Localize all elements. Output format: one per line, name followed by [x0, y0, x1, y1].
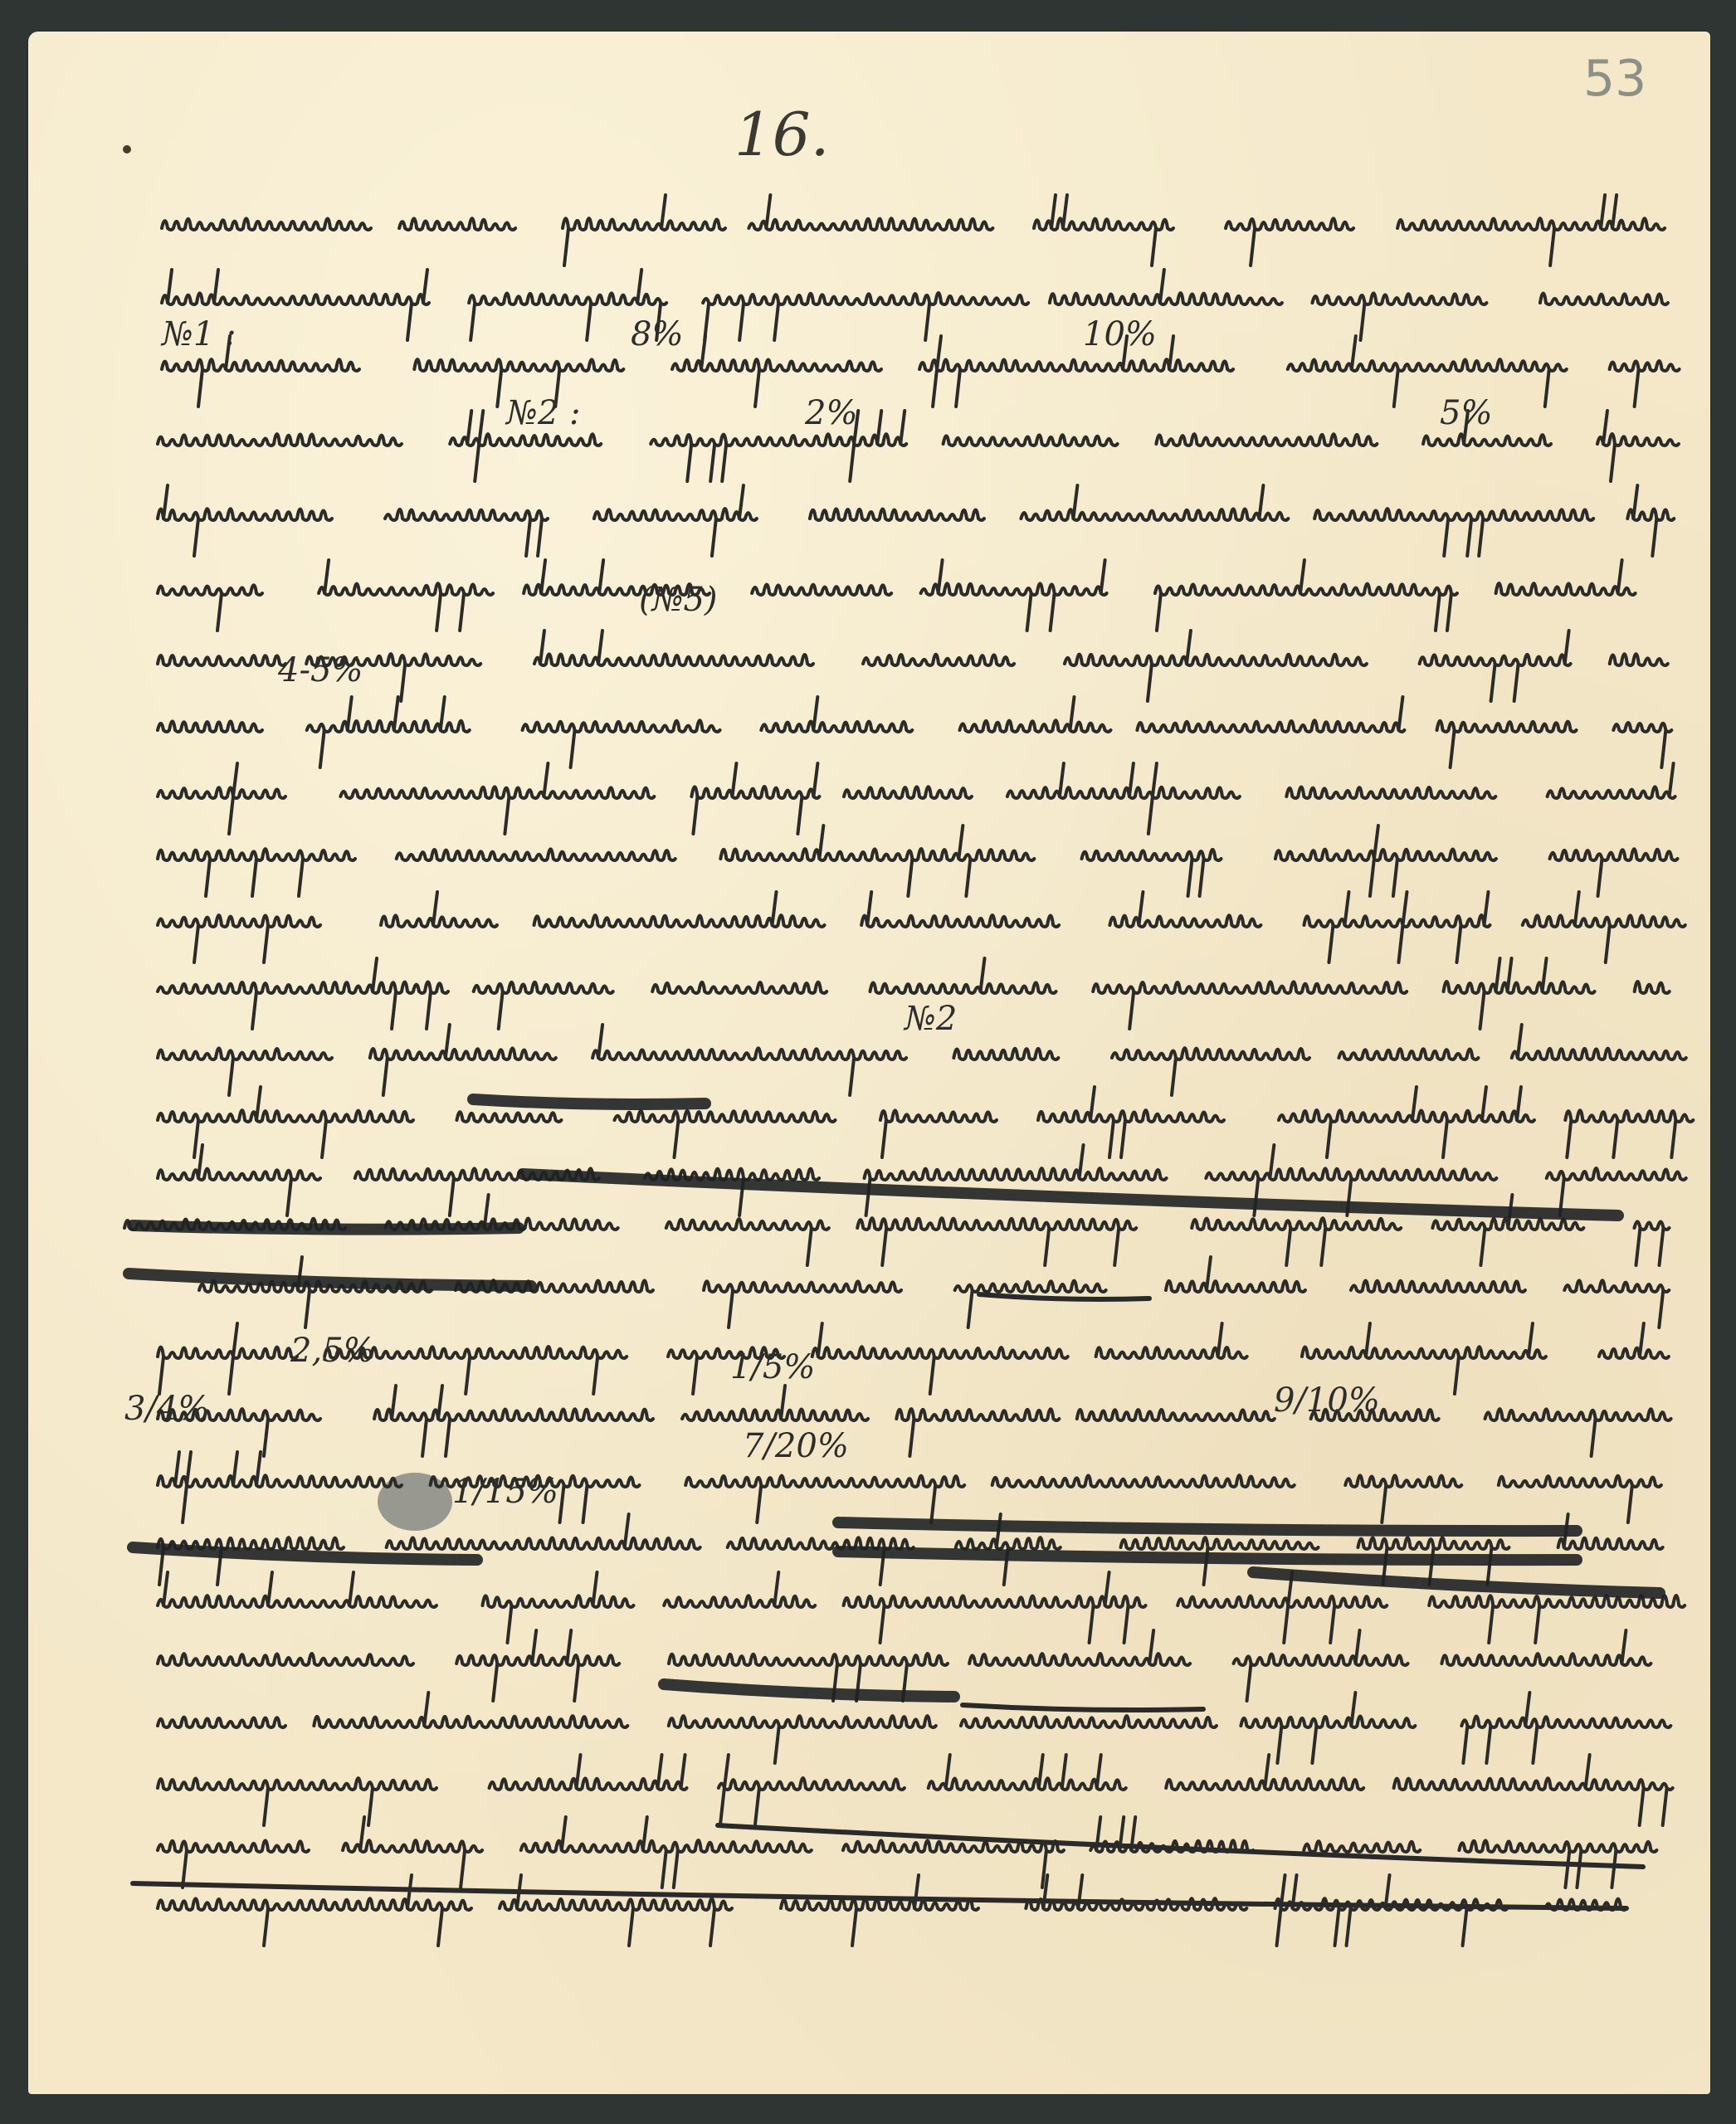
handwritten-line: [158, 485, 1674, 556]
strikethrough: [133, 1225, 519, 1230]
handwritten-line: [199, 1257, 1669, 1327]
strikethrough: [473, 1099, 705, 1104]
strikethrough: [963, 1705, 1203, 1710]
handwritten-line: [158, 1087, 1693, 1157]
handwritten-lines: [0, 0, 1736, 2124]
legible-fragment: (№5): [639, 581, 718, 619]
handwritten-line: [158, 1693, 1670, 1763]
handwritten-line: [158, 1323, 1669, 1394]
handwritten-line: [158, 1755, 1673, 1825]
handwritten-line: [158, 631, 1668, 701]
legible-fragment: 5%: [1440, 394, 1492, 432]
strikethrough: [838, 1522, 1577, 1531]
legible-fragment: 9/10%: [1274, 1381, 1380, 1420]
ink-spot: [123, 145, 131, 153]
strikethrough: [838, 1552, 1577, 1560]
legible-fragment: №2: [905, 1000, 957, 1038]
legible-fragment: 1/15%: [452, 1473, 558, 1511]
handwritten-line: [158, 763, 1675, 834]
legible-fragment: №2 :: [506, 394, 581, 432]
handwritten-line: [162, 270, 1668, 340]
handwritten-line: [158, 1875, 1626, 1946]
handwritten-line: [158, 892, 1685, 962]
handwritten-line: [158, 826, 1678, 896]
legible-fragment: 1/5%: [730, 1348, 815, 1386]
legible-fragment: 2,5%: [290, 1332, 375, 1370]
legible-fragment: 7/20%: [743, 1427, 849, 1465]
handwritten-line: [158, 1386, 1671, 1456]
handwritten-line: [162, 195, 1665, 265]
legible-fragment: 10%: [1083, 315, 1157, 353]
ink-smudge: [378, 1473, 452, 1531]
legible-fragment: 3/4%: [124, 1390, 209, 1428]
legible-fragment: 8%: [631, 315, 683, 353]
strikethrough: [1253, 1572, 1660, 1593]
legible-fragment: 2%: [805, 394, 857, 432]
strikethrough: [129, 1274, 531, 1286]
strikethrough: [664, 1684, 954, 1697]
handwritten-line: [158, 697, 1671, 767]
strikethrough: [979, 1294, 1149, 1299]
handwritten-line: [158, 560, 1636, 631]
handwritten-line: [158, 1817, 1656, 1888]
legible-fragment: 4-5%: [278, 651, 363, 689]
legible-fragment: №1 :: [162, 315, 237, 353]
